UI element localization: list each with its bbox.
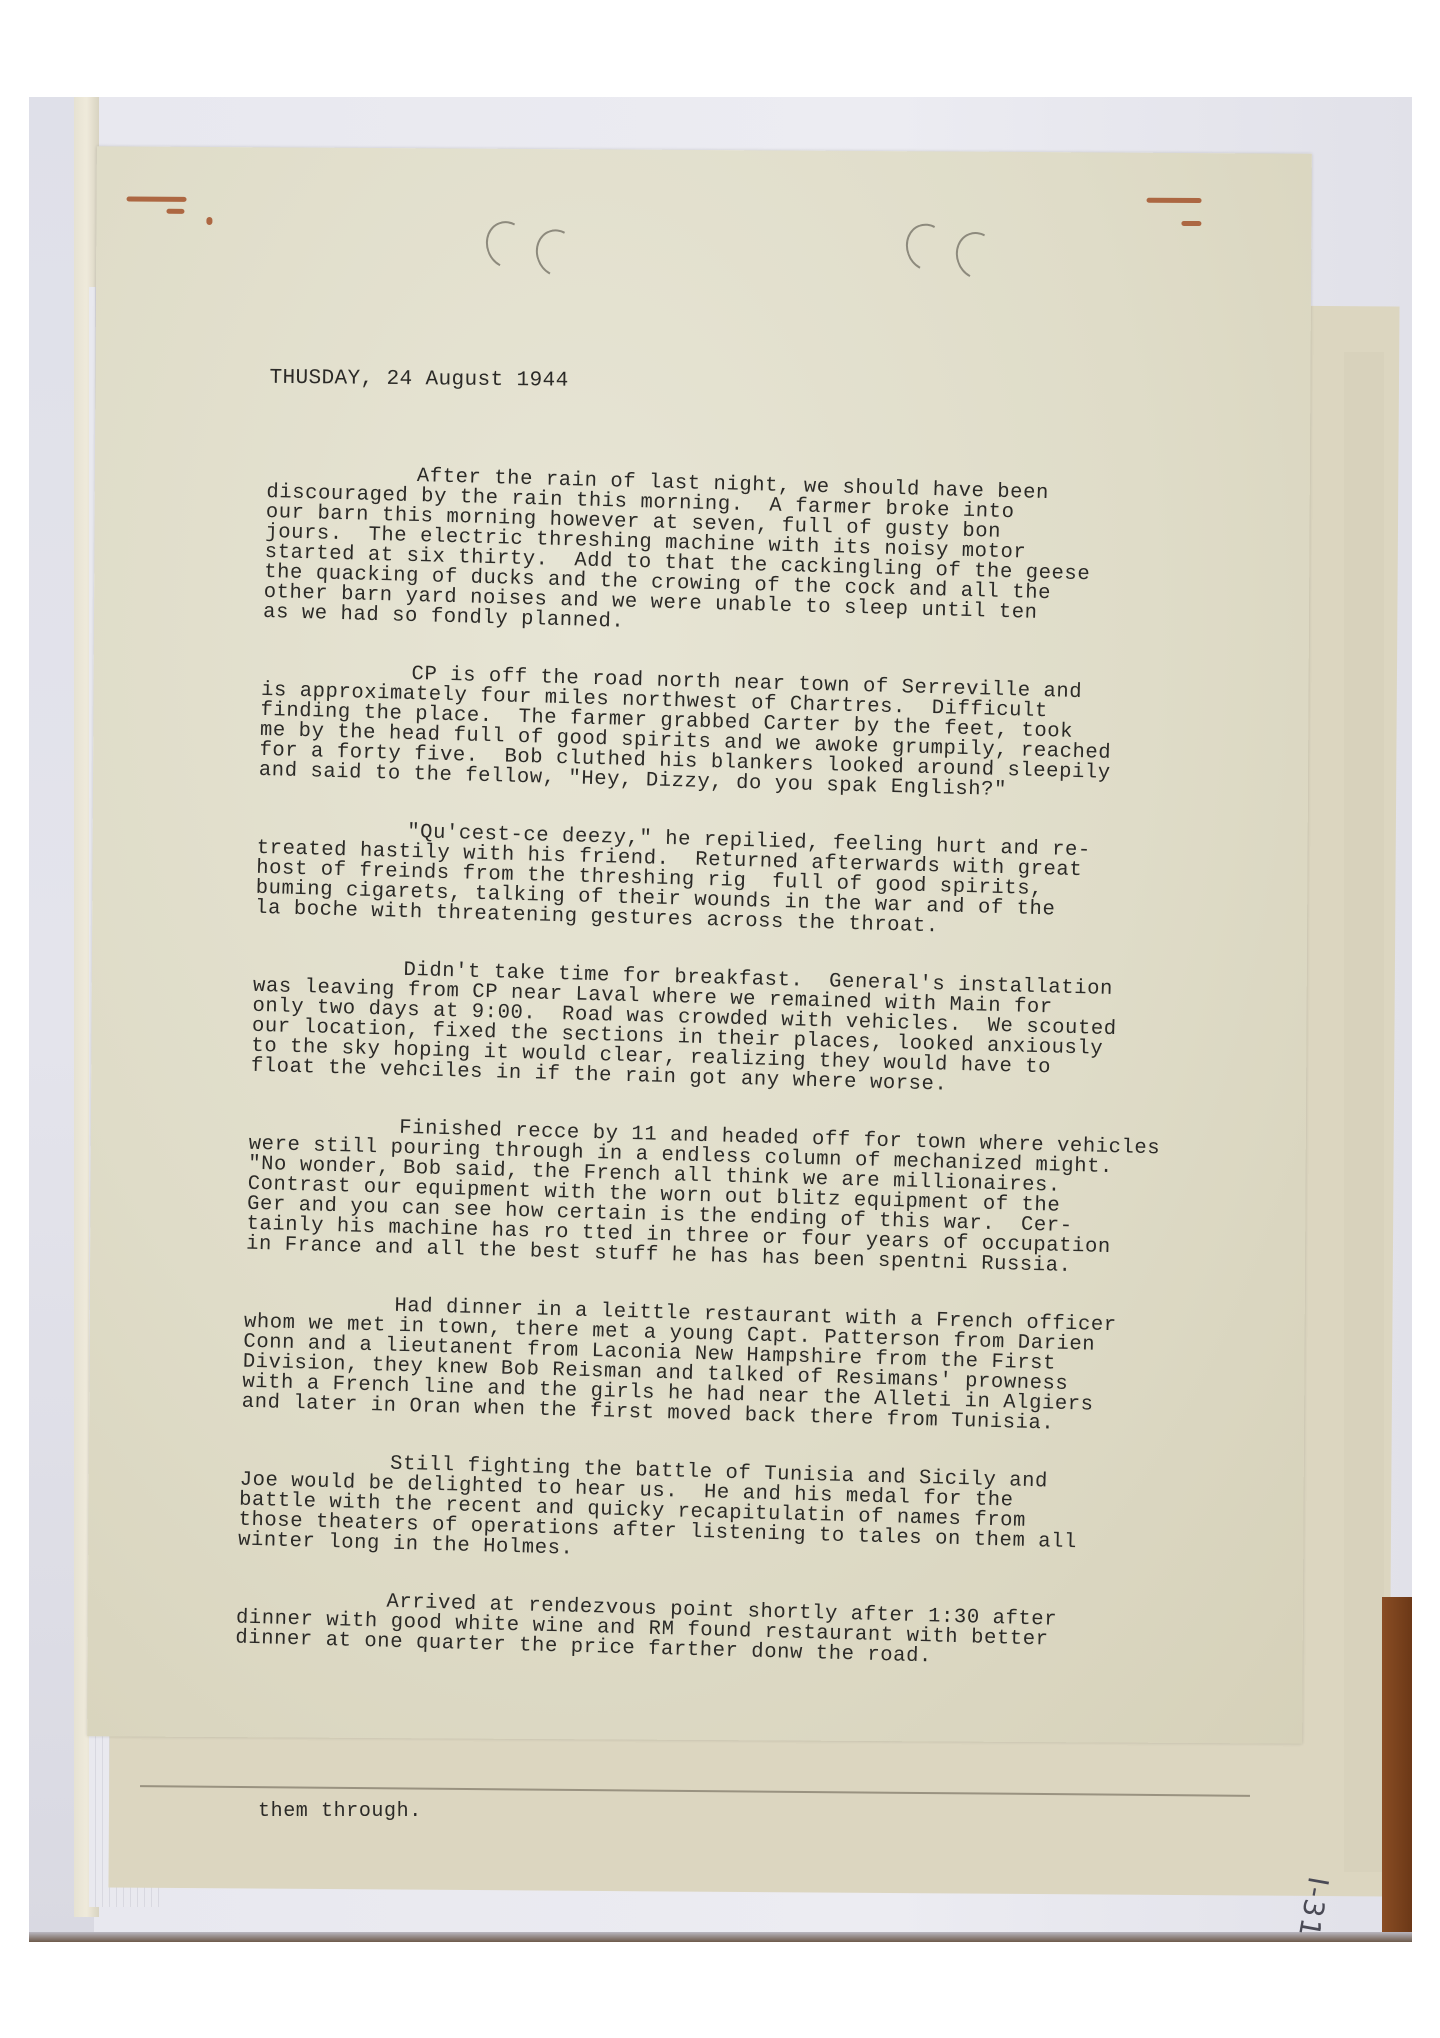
paragraph: Finished recce by 11 and headed off for … (246, 1115, 1249, 1282)
bottom-shadow (29, 1932, 1412, 1942)
diary-entry: THUSDAY, 24 August 1944 After the rain o… (234, 360, 1270, 1714)
paragraphs: After the rain of last night, we should … (235, 463, 1267, 1676)
paragraph: Arrived at rendezvous point shortly afte… (235, 1589, 1236, 1676)
table-edge (1382, 1597, 1412, 1942)
rust-stain-icon (1181, 221, 1201, 226)
paragraph: Didn't take time for breakfast. General'… (251, 957, 1254, 1104)
paragraph: Had dinner in a leittle restaurant with … (242, 1293, 1245, 1440)
rust-stain-icon (1147, 198, 1202, 203)
punch-hole-icon (949, 226, 1005, 285)
rust-stain-icon (206, 217, 212, 225)
punch-hole-icon (899, 218, 955, 277)
punch-hole-icon (479, 215, 535, 274)
right-sheet-edge (1344, 352, 1384, 1872)
paragraph: "Qu'cest-ce deezy," he repilied, feeling… (255, 819, 1257, 946)
rust-stain-icon (166, 209, 184, 214)
punch-hole-icon (529, 223, 585, 282)
paragraph: After the rain of last night, we should … (263, 463, 1267, 650)
rust-stain-icon (127, 196, 187, 201)
underlying-sheet-text: them through. (258, 1800, 422, 1823)
paragraph: CP is off the road north near town of Se… (259, 661, 1262, 808)
paragraph: Still fighting the battle of Tunisia and… (238, 1451, 1240, 1578)
